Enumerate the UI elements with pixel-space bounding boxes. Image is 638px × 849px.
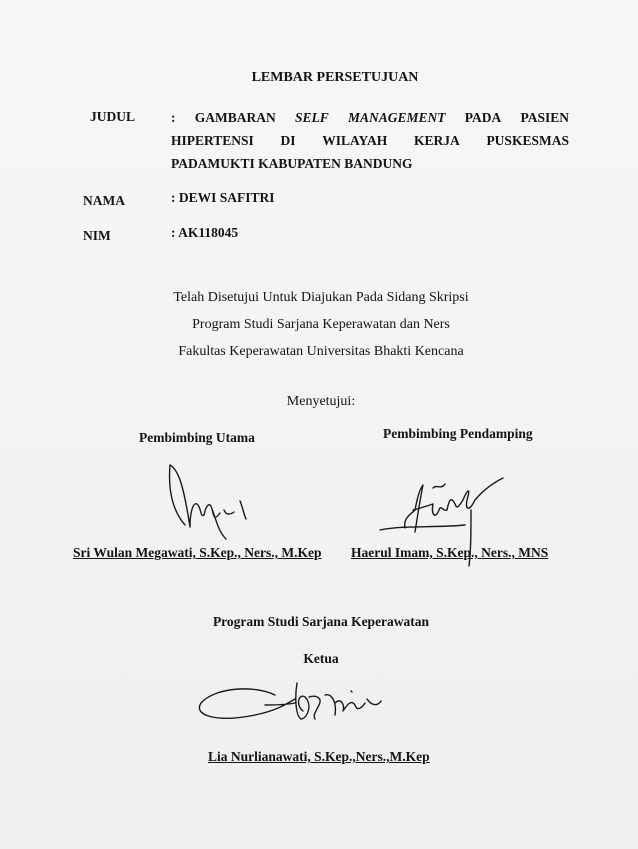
approval-line-1: Telah Disetujui Untuk Diajukan Pada Sida… — [0, 290, 638, 306]
judul-line-1: : GAMBARAN SELF MANAGEMENT PADA PASIEN — [171, 106, 569, 129]
judul-word: WILAYAH — [322, 129, 387, 152]
approval-line-2: Program Studi Sarjana Keperawatan dan Ne… — [0, 317, 638, 333]
head-name: Lia Nurlianawati, S.Kep.,Ners.,M.Kep — [208, 749, 430, 765]
nim-label: NIM — [83, 228, 111, 244]
judul-line-2: HIPERTENSI DI WILAYAH KERJA PUSKESMAS — [171, 129, 569, 152]
judul-value: : GAMBARAN SELF MANAGEMENT PADA PASIEN H… — [171, 106, 569, 175]
primary-supervisor-name: Sri Wulan Megawati, S.Kep., Ners., M.Kep — [73, 545, 322, 561]
nim-value: : AK118045 — [171, 225, 238, 241]
primary-signature-icon — [160, 455, 270, 545]
judul-label: JUDUL — [90, 109, 135, 125]
nama-label: NAMA — [83, 193, 125, 209]
judul-line-3: PADAMUKTI KABUPATEN BANDUNG — [171, 152, 569, 175]
approval-line-3: Fakultas Keperawatan Universitas Bhakti … — [0, 344, 638, 360]
judul-word: KERJA — [414, 129, 460, 152]
judul-word: PADA — [465, 106, 502, 129]
judul-word: DI — [281, 129, 296, 152]
judul-word: GAMBARAN — [195, 106, 276, 129]
secondary-supervisor-name: Haerul Imam, S.Kep., Ners., MNS — [351, 545, 548, 561]
judul-word-italic: MANAGEMENT — [348, 106, 446, 129]
approved-label: Menyetujui: — [0, 394, 638, 410]
head-role: Ketua — [0, 651, 638, 667]
page-title: LEMBAR PERSETUJUAN — [0, 70, 638, 86]
document-page: LEMBAR PERSETUJUAN JUDUL : GAMBARAN SELF… — [0, 0, 638, 849]
judul-word-italic: SELF — [295, 106, 329, 129]
primary-supervisor-role: Pembimbing Utama — [139, 430, 255, 446]
judul-word: PASIEN — [520, 106, 569, 129]
judul-word: PUSKESMAS — [486, 129, 569, 152]
secondary-supervisor-role: Pembimbing Pendamping — [383, 426, 533, 442]
judul-word: HIPERTENSI — [171, 129, 254, 152]
program-name: Program Studi Sarjana Keperawatan — [0, 614, 638, 630]
head-signature-icon — [195, 675, 405, 735]
nama-value: : DEWI SAFITRI — [171, 190, 275, 206]
judul-colon: : — [171, 106, 176, 129]
